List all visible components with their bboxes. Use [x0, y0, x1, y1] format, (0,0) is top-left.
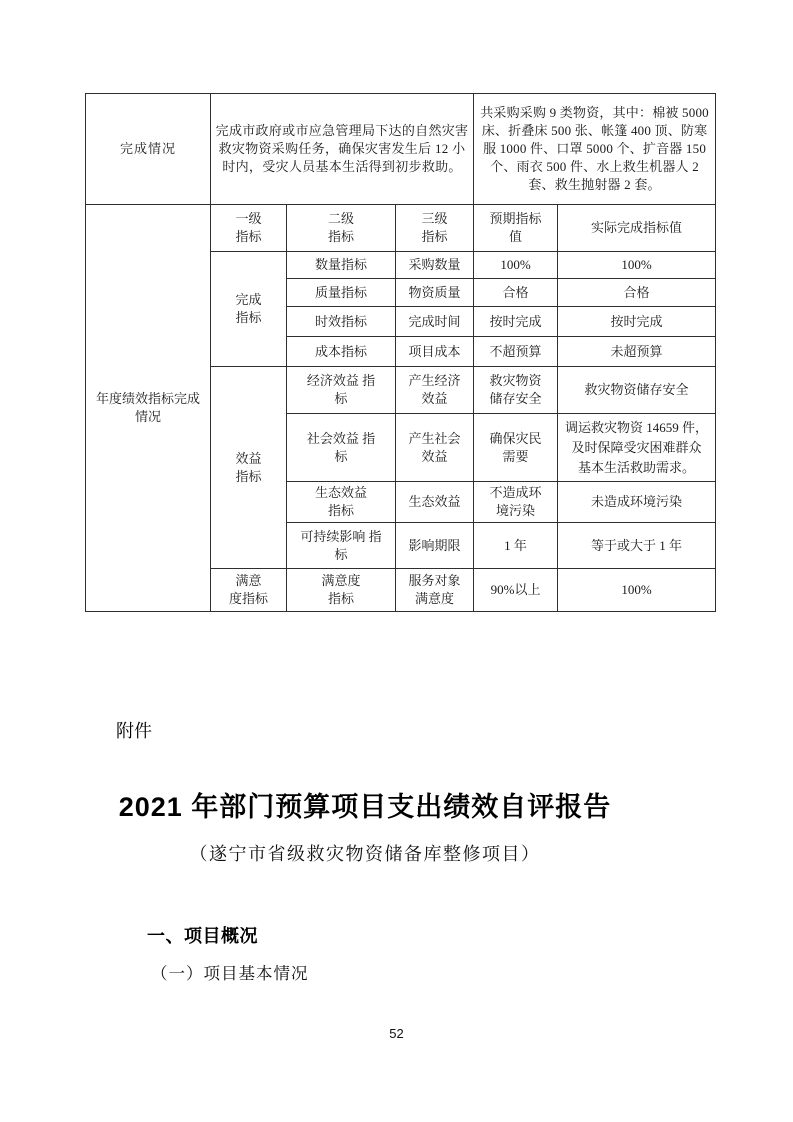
cell-l3: 服务对象 满意度	[396, 569, 474, 612]
cell-l3: 生态效益	[396, 482, 474, 523]
cell-actual: 未造成环境污染	[558, 482, 716, 523]
cell-actual: 救灾物资储存安全	[558, 367, 716, 414]
page-number: 52	[0, 1026, 793, 1041]
cell-expected: 100%	[474, 252, 558, 279]
performance-indicator-table: 完成情况 完成市政府或市应急管理局下达的自然灾害救灾物资采购任务，确保灾害发生后…	[85, 93, 716, 612]
document-title: 2021 年部门预算项目支出绩效自评报告	[20, 785, 710, 824]
cell-l3: 完成时间	[396, 307, 474, 337]
cell-actual: 未超预算	[558, 337, 716, 367]
cell-l2: 生态效益 指标	[287, 482, 396, 523]
cell-l2: 满意度 指标	[287, 569, 396, 612]
document-page: 完成情况 完成市政府或市应急管理局下达的自然灾害救灾物资采购任务，确保灾害发生后…	[0, 0, 793, 1122]
indicator-header-row: 年度绩效指标完成 情况 一级 指标 二级 指标 三级 指标 预期指标 值 实际完…	[86, 205, 716, 252]
cell-actual: 调运救灾物资 14659 件， 及时保障受灾困难群众 基本生活救助需求。	[558, 414, 716, 482]
cell-expected: 不超预算	[474, 337, 558, 367]
completion-status-row: 完成情况 完成市政府或市应急管理局下达的自然灾害救灾物资采购任务，确保灾害发生后…	[86, 94, 716, 205]
completion-task-cell: 完成市政府或市应急管理局下达的自然灾害救灾物资采购任务，确保灾害发生后 12 小…	[211, 94, 474, 205]
header-level3: 三级 指标	[396, 205, 474, 252]
cell-l2: 成本指标	[287, 337, 396, 367]
cell-actual: 合格	[558, 279, 716, 307]
section-heading-project-overview: 一、项目概况	[147, 922, 258, 948]
cell-expected: 1 年	[474, 523, 558, 569]
cell-actual: 按时完成	[558, 307, 716, 337]
header-level1: 一级 指标	[211, 205, 287, 252]
header-actual: 实际完成指标值	[558, 205, 716, 252]
cell-l2: 可持续影响 指 标	[287, 523, 396, 569]
cell-l2: 经济效益 指 标	[287, 367, 396, 414]
header-expected: 预期指标 值	[474, 205, 558, 252]
group-satisfaction-cell: 满意 度指标	[211, 569, 287, 612]
completion-status-label: 完成情况	[86, 94, 211, 205]
cell-l2: 数量指标	[287, 252, 396, 279]
subsection-heading-basic-info: （一）项目基本情况	[151, 960, 309, 984]
cell-expected: 按时完成	[474, 307, 558, 337]
cell-l3: 物资质量	[396, 279, 474, 307]
cell-l2: 时效指标	[287, 307, 396, 337]
cell-actual: 等于或大于 1 年	[558, 523, 716, 569]
cell-expected: 确保灾民 需要	[474, 414, 558, 482]
group-benefit-cell: 效益 指标	[211, 367, 287, 569]
cell-actual: 100%	[558, 252, 716, 279]
attachment-label: 附件	[116, 717, 152, 743]
cell-expected: 合格	[474, 279, 558, 307]
cell-l3: 产生社会 效益	[396, 414, 474, 482]
cell-expected: 救灾物资 储存安全	[474, 367, 558, 414]
cell-expected: 不造成环 境污染	[474, 482, 558, 523]
group-completion-cell: 完成 指标	[211, 252, 287, 367]
cell-l3: 项目成本	[396, 337, 474, 367]
header-level2: 二级 指标	[287, 205, 396, 252]
cell-actual: 100%	[558, 569, 716, 612]
document-subtitle: （遂宁市省级救灾物资储备库整修项目）	[20, 840, 710, 866]
annual-indicators-label-cell: 年度绩效指标完成 情况	[86, 205, 211, 612]
cell-l2: 质量指标	[287, 279, 396, 307]
completion-result-cell: 共采购采购 9 类物资，其中：棉被 5000 床、折叠床 500 张、帐篷 40…	[474, 94, 716, 205]
cell-l3: 影响期限	[396, 523, 474, 569]
cell-l3: 产生经济 效益	[396, 367, 474, 414]
cell-expected: 90%以上	[474, 569, 558, 612]
cell-l2: 社会效益 指 标	[287, 414, 396, 482]
cell-l3: 采购数量	[396, 252, 474, 279]
